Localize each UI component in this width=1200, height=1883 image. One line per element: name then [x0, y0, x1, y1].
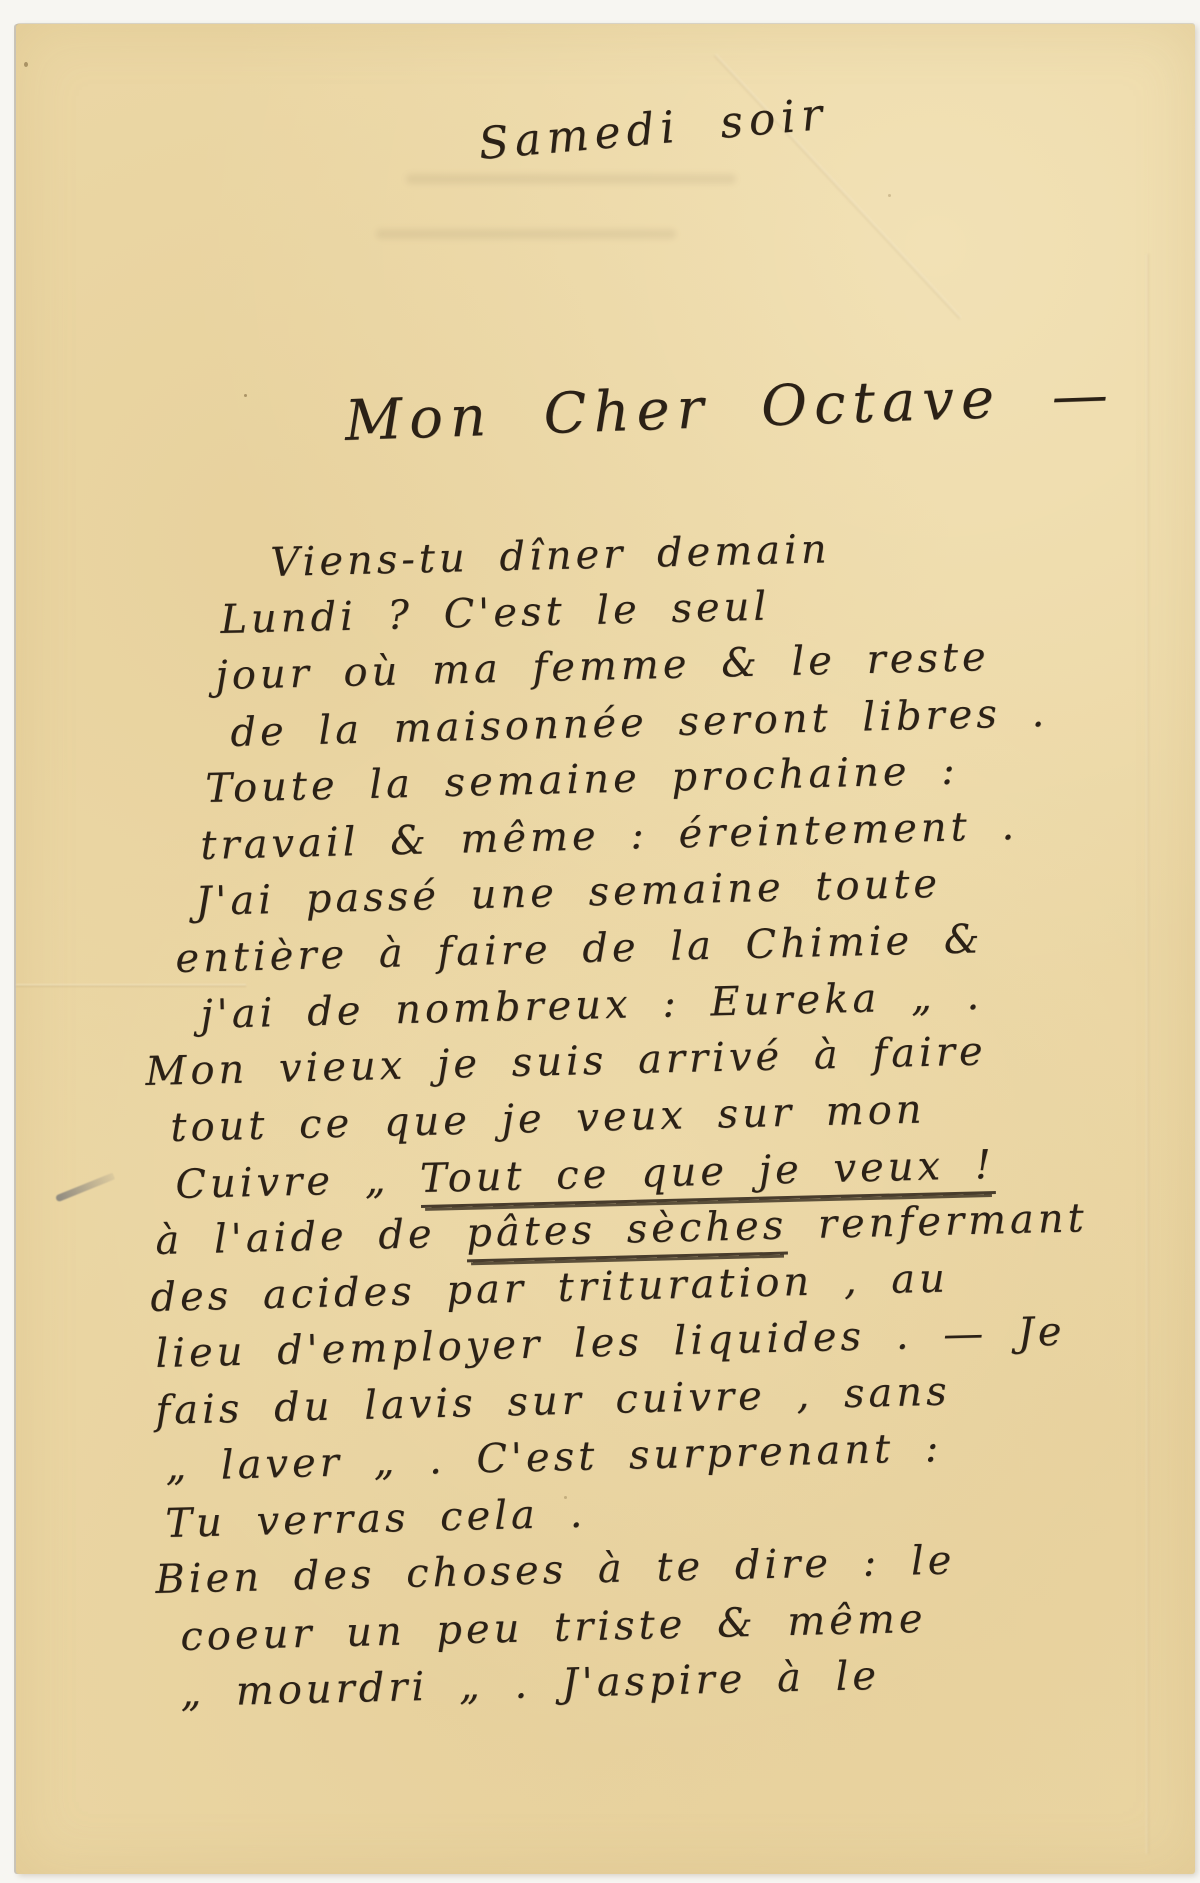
letter-salutation: Mon Cher Octave — [344, 362, 1116, 454]
letter-line: entière à faire de la Chimie & [175, 916, 984, 982]
letter-line: fais du lavis sur cuivre , sans [155, 1369, 951, 1434]
paper-speck [24, 62, 28, 67]
letter-line-text: entière à faire de la Chimie & [175, 916, 984, 982]
letter-line: „ mourdri „ . J'aspire à le [180, 1653, 881, 1716]
letter-line: de la maisonnée seront libres . [230, 690, 1049, 756]
letter-line-text: Bien des choses à te dire : le [155, 1537, 956, 1603]
fold-crease-right [1146, 254, 1149, 1854]
show-through-mark [406, 174, 736, 184]
letter-line: travail & même : éreintement . [200, 803, 1019, 869]
letter-line: „ laver „ . C'est surprenant : [165, 1425, 943, 1490]
letter-line: Toute la semaine prochaine : [205, 748, 959, 812]
letter-line-text: des acides par trituration , au [150, 1256, 950, 1321]
letter-line-text: de la maisonnée seront libres . [230, 690, 1049, 756]
letter-line-text: „ mourdri „ . J'aspire à le [180, 1653, 881, 1716]
letter-line-text: travail & même : éreintement . [200, 803, 1019, 869]
letter-line: Viens-tu dîner demain [270, 526, 831, 586]
letter-line: Tu verras cela . [165, 1491, 587, 1547]
underlined-phrase: pâtes sèches [466, 1203, 788, 1263]
letter-line: j'ai de nombreux : Eureka „ . [200, 973, 984, 1038]
letter-line-text: Cuivre „ [175, 1156, 421, 1208]
letter-line-text: J'ai passé une semaine toute [195, 861, 942, 925]
letter-line: Mon vieux je suis arrivé à faire [145, 1028, 987, 1095]
show-through-mark [376, 229, 676, 239]
letter-line-text: lieu d'employer les liquides . — Je [155, 1309, 1066, 1377]
underlined-phrase: Tout ce que je veux ! [420, 1142, 996, 1208]
letter-line: lieu d'employer les liquides . — Je [155, 1309, 1066, 1377]
letter-line: jour où ma femme & le reste [215, 634, 990, 699]
letter-line-text: renfermant [787, 1195, 1089, 1248]
letter-line: Lundi ? C'est le seul [220, 584, 771, 643]
fold-crease-top-right [714, 54, 962, 319]
letter-line: J'ai passé une semaine toute [195, 861, 942, 925]
letter-line-text: à l'aide de [155, 1210, 467, 1264]
letter-line-text: fais du lavis sur cuivre , sans [155, 1369, 951, 1434]
letter-line-text: „ laver „ . C'est surprenant : [165, 1425, 943, 1490]
letter-line-text: Tu verras cela . [165, 1491, 587, 1547]
letter-line: tout ce que je veux sur mon [170, 1087, 926, 1151]
paper-speck [244, 394, 247, 397]
letter-line: Cuivre „ Tout ce que je veux ! [175, 1142, 996, 1208]
scanned-letter-page: { "document": { "kind": "handwritten-let… [0, 0, 1200, 1883]
letter-line: coeur un peu triste & même [180, 1596, 927, 1660]
letter-line-text: Mon vieux je suis arrivé à faire [145, 1028, 987, 1095]
letter-line-text: Viens-tu dîner demain [270, 526, 831, 586]
letter-line-text: Lundi ? C'est le seul [220, 584, 771, 643]
letter-line-text: jour où ma femme & le reste [215, 634, 990, 699]
letter-line-text: j'ai de nombreux : Eureka „ . [200, 973, 984, 1038]
fold-crease-left [16, 984, 246, 987]
pencil-mark [55, 1173, 115, 1203]
letter-line: Bien des choses à te dire : le [155, 1537, 956, 1603]
letter-line-text: coeur un peu triste & même [180, 1596, 927, 1660]
letter-line-text: tout ce que je veux sur mon [170, 1087, 926, 1151]
letter-line-text: Toute la semaine prochaine : [205, 748, 959, 812]
paper-speck [888, 194, 891, 197]
letter-line: des acides par trituration , au [150, 1256, 950, 1321]
letter-dateline: Samedi soir [477, 89, 831, 170]
letter-paper-sheet: Samedi soir Mon Cher Octave — Viens-tu d… [16, 24, 1195, 1874]
letter-line: à l'aide de pâtes sèches renfermant [155, 1195, 1088, 1264]
